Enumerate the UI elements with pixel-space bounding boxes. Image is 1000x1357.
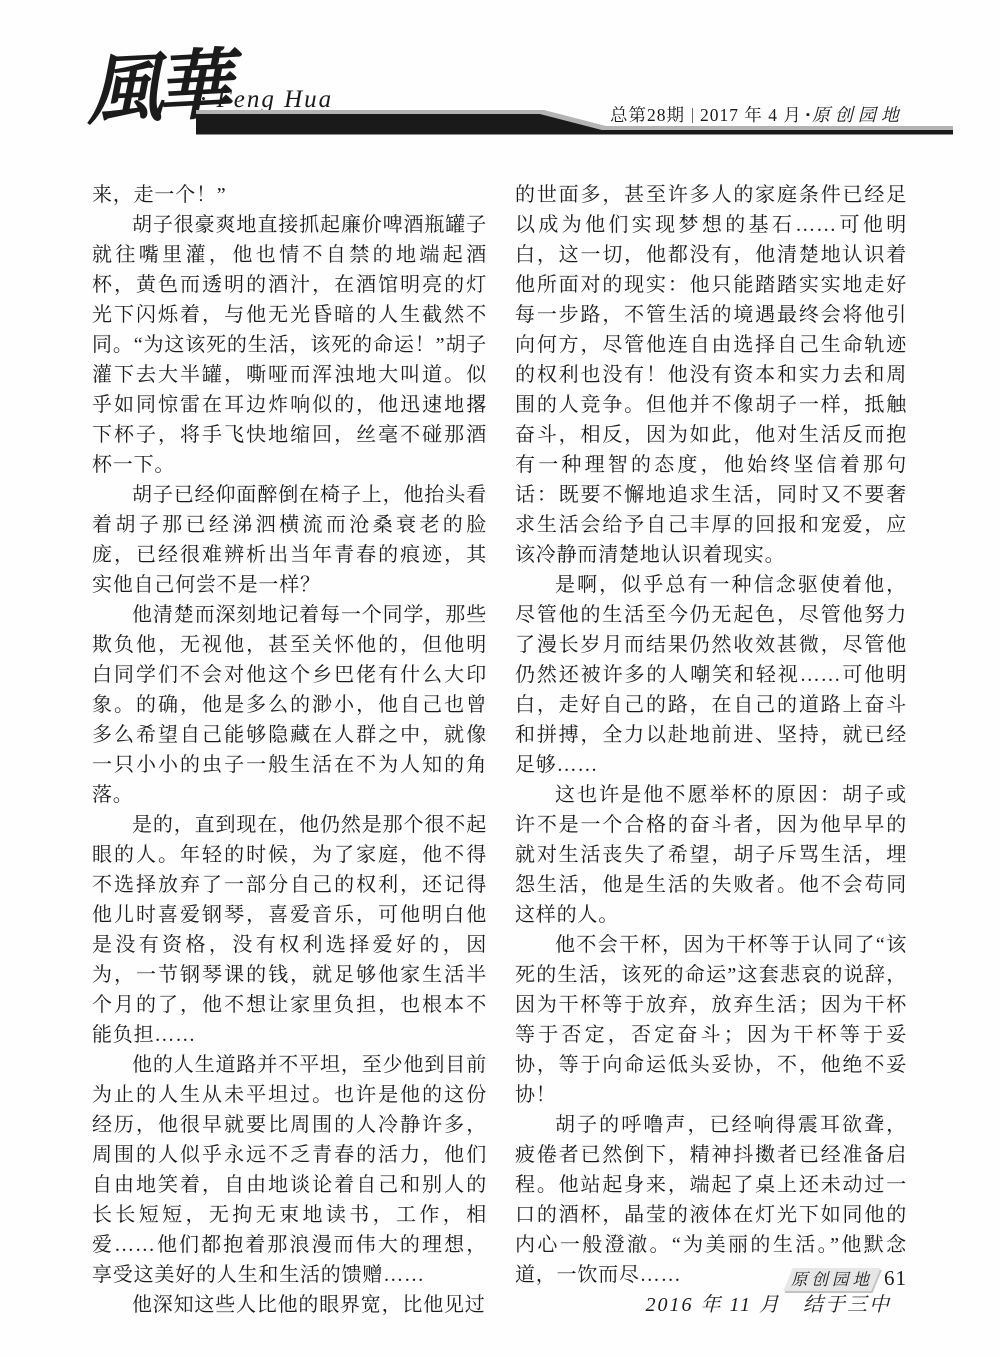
- section-bullet-icon: ▪: [806, 109, 810, 121]
- paragraph: 他清楚而深刻地记着每一个同学，那些欺负他，无视他，甚至关怀他的，但他明白同学们不…: [92, 600, 487, 810]
- left-column: 来，走一个！”胡子很豪爽地直接抓起廉价啤酒瓶罐子就往嘴里灌，他也情不自禁的地端起…: [92, 180, 487, 1320]
- section-heading: ▪原创园地: [806, 103, 904, 127]
- paragraph: 他不会干杯，因为干杯等于认同了“该死的生活，该死的命运”这套悲哀的说辞，因为干杯…: [515, 930, 907, 1110]
- paragraph: 来，走一个！”: [92, 180, 487, 210]
- issue-number: 总第28期: [610, 105, 685, 125]
- left-column-paragraphs: 来，走一个！”胡子很豪爽地直接抓起廉价啤酒瓶罐子就往嘴里灌，他也情不自禁的地端起…: [92, 180, 487, 1320]
- footer-section-tag: 原创园地: [783, 1268, 880, 1291]
- paragraph: 他深知这些人比他的眼界宽，比他见过: [92, 1290, 487, 1320]
- right-column-paragraphs: 的世面多，甚至许多人的家庭条件已经足以成为他们实现梦想的基石……可他明白，这一切…: [515, 180, 907, 1290]
- dateline: 2016 年 11 月 结于三中: [515, 1290, 907, 1320]
- paragraph: 胡子的呼噜声，已经响得震耳欲聋，疲倦者已然倒下，精神抖擞者已经准备启程。他站起身…: [515, 1110, 907, 1290]
- paragraph: 这也许是他不愿举杯的原因：胡子或许不是一个合格的奋斗者，因为他早早的就对生活丧失…: [515, 780, 907, 930]
- footer-section-label: 原创园地: [788, 1268, 876, 1291]
- magazine-page: 風華 · Feng Hua 总第28期2017 年 4 月 ▪原创园地 来，走一…: [0, 0, 1000, 1357]
- paragraph: 胡子已经仰面醉倒在椅子上，他抬头看着胡子那已经涕泗横流而沧桑衰老的脸庞，已经很难…: [92, 480, 487, 600]
- issue-divider: [692, 108, 693, 123]
- paragraph: 胡子很豪爽地直接抓起廉价啤酒瓶罐子就往嘴里灌，他也情不自禁的地端起酒杯，黄色而透…: [92, 210, 487, 480]
- issue-date: 2017 年 4 月: [700, 105, 802, 125]
- right-column: 的世面多，甚至许多人的家庭条件已经足以成为他们实现梦想的基石……可他明白，这一切…: [515, 180, 907, 1320]
- paragraph: 是啊，似乎总有一种信念驱使着他，尽管他的生活至今仍无起色，尽管他努力了漫长岁月而…: [515, 570, 907, 780]
- section-heading-label: 原创园地: [812, 105, 904, 125]
- paragraph: 的世面多，甚至许多人的家庭条件已经足以成为他们实现梦想的基石……可他明白，这一切…: [515, 180, 907, 570]
- paragraph: 是的，直到现在，他仍然是那个很不起眼的人。年轻的时候，为了家庭，他不得不选择放弃…: [92, 810, 487, 1050]
- issue-info: 总第28期2017 年 4 月: [610, 103, 802, 127]
- paragraph: 他的人生道路并不平坦，至少他到目前为止的人生从未平坦过。也许是他的这份经历，他很…: [92, 1050, 487, 1290]
- article-body: 来，走一个！”胡子很豪爽地直接抓起廉价啤酒瓶罐子就往嘴里灌，他也情不自禁的地端起…: [92, 180, 907, 1320]
- page-number: 61: [884, 1266, 907, 1291]
